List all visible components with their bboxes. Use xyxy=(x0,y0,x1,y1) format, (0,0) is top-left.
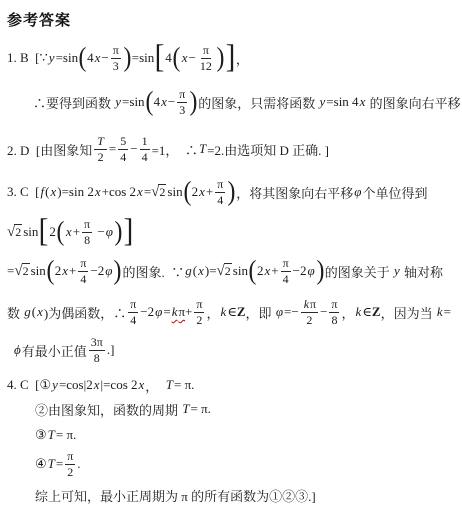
big-delimiter: ( xyxy=(172,46,180,70)
answer-4-line-5: 综上可知，最小正周期为 π 的所有函数为①②③.] xyxy=(7,485,462,505)
answer-4-line-4: ④T=π2. xyxy=(7,449,462,479)
answer-4-line-2: ②由图象知，函数的周期 T= π. xyxy=(7,399,462,419)
radical: √2 xyxy=(217,263,232,280)
fraction: π3 xyxy=(111,44,121,72)
answer-item-2: 2. D [由图象知T2=54−14=1， ∴T=2.由选项知 D 正确. ] xyxy=(7,131,462,167)
answer-item-3: 3. C [f(x)=sin 2x+cos 2x=√2sin(2x+π4)，将其… xyxy=(7,171,462,367)
fraction: π3 xyxy=(177,88,187,116)
fraction: 14 xyxy=(140,135,150,163)
answer-4-line-3: ③T= π. xyxy=(7,425,462,445)
big-delimiter: ) xyxy=(190,90,198,114)
answer-3-line-3: =√2sin(2x+π4−2φ)的图象. ∵g(x)=√2sin(2x+π4−2… xyxy=(7,251,462,291)
fraction: T2 xyxy=(94,135,107,163)
answer-1-line-1: 1. B [∵y=sin(4x−π3)=sin[4(x−π12)]， xyxy=(7,37,462,79)
fraction: 54 xyxy=(118,135,128,163)
radical: √2 xyxy=(151,184,166,201)
big-delimiter: ] xyxy=(124,217,134,246)
big-delimiter: ) xyxy=(114,220,122,244)
big-delimiter: ) xyxy=(228,180,236,204)
fraction: π2 xyxy=(65,450,75,478)
radical: √2 xyxy=(7,224,22,241)
answer-item-1: 1. B [∵y=sin(4x−π3)=sin[4(x−π12)]， ∴要得到函… xyxy=(7,37,462,123)
fraction: π4 xyxy=(128,298,138,326)
answer-3-line-2: √2sin[2(x+π8 −φ)] xyxy=(7,213,462,251)
big-delimiter: ( xyxy=(79,46,87,70)
answer-3-line-5: ϕ有最小正值3π8.] xyxy=(7,333,462,367)
fraction: π4 xyxy=(78,257,88,285)
answer-2-line-1: 2. D [由图象知T2=54−14=1， ∴T=2.由选项知 D 正确. ] xyxy=(7,131,462,167)
big-delimiter: ) xyxy=(316,259,324,283)
big-delimiter: ( xyxy=(56,220,64,244)
spellcheck-underline: kπ xyxy=(171,304,185,320)
fraction: π4 xyxy=(215,178,225,206)
big-delimiter: ) xyxy=(114,259,122,283)
big-delimiter: ( xyxy=(145,90,153,114)
answer-1-line-2: ∴要得到函数 y=sin(4x−π3)的图象，只需将函数 y=sin 4x 的图… xyxy=(7,81,462,123)
answer-3-line-1: 3. C [f(x)=sin 2x+cos 2x=√2sin(2x+π4)，将其… xyxy=(7,171,462,213)
answer-item-4: 4. C [①y=cos|2x|=cos 2x， T= π. ②由图象知，函数的… xyxy=(7,375,462,505)
big-delimiter: ) xyxy=(216,46,224,70)
answer-4-line-1: 4. C [①y=cos|2x|=cos 2x， T= π. xyxy=(7,375,462,395)
radical: √2 xyxy=(14,263,29,280)
big-delimiter: ] xyxy=(226,43,236,72)
page-title: 参考答案 xyxy=(7,9,462,29)
fraction: π8 xyxy=(329,298,339,326)
fraction: π12 xyxy=(198,44,214,72)
answer-3-line-4: 数 g(x)为偶函数，∴π4−2φ=kπ+π2，k∈Z，即 φ=−kπ2−π8，… xyxy=(7,293,462,331)
fraction: π8 xyxy=(82,218,92,246)
big-delimiter: [ xyxy=(39,217,49,246)
fraction: 3π8 xyxy=(89,336,105,364)
big-delimiter: [ xyxy=(155,43,165,72)
big-delimiter: ( xyxy=(183,180,191,204)
answer-sheet: 参考答案 1. B [∵y=sin(4x−π3)=sin[4(x−π12)]， … xyxy=(0,0,462,512)
big-delimiter: ( xyxy=(46,259,54,283)
fraction: π2 xyxy=(194,298,204,326)
fraction: π4 xyxy=(281,257,291,285)
big-delimiter: ( xyxy=(248,259,256,283)
fraction: kπ2 xyxy=(301,298,318,326)
big-delimiter: ) xyxy=(123,46,131,70)
